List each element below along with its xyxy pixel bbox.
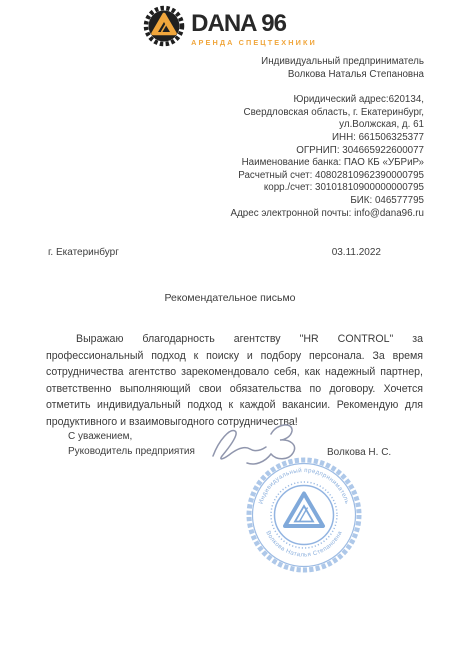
letter-body: Выражаю благодарность агентству "HR CONT… <box>46 331 423 431</box>
city-date-row: г. Екатеринбург 03.11.2022 <box>48 247 381 258</box>
header-detail-line: ОГРНИП: 304665922600077 <box>231 145 424 158</box>
signature-block: С уважением, Руководитель предприятия <box>68 430 195 459</box>
header-detail-line: Адрес электронной почты: info@dana96.ru <box>231 208 424 221</box>
header-detail-line: БИК: 046577795 <box>231 195 424 208</box>
letter-title: Рекомендательное письмо <box>0 292 460 304</box>
city-label: г. Екатеринбург <box>48 247 119 258</box>
gear-triangle-logo-icon <box>143 5 185 52</box>
header-detail-line: Юридический адрес:620134, <box>231 94 424 107</box>
requisites-block: Индивидуальный предприниматель Волкова Н… <box>231 56 424 220</box>
header-org-line: Волкова Наталья Степановна <box>231 69 424 82</box>
signature-closing: С уважением, <box>68 430 195 445</box>
logo-tagline: АРЕНДА СПЕЦТЕХНИКИ <box>191 38 317 47</box>
header-org-line: Индивидуальный предприниматель <box>231 56 424 69</box>
logo-company-name: DANA 96 <box>191 11 286 37</box>
company-logo: DANA 96 АРЕНДА СПЕЦТЕХНИКИ <box>0 5 460 52</box>
company-round-stamp: Индивидуальный предприниматель Волкова Н… <box>244 455 364 575</box>
header-detail-line: ул.Волжская, д. 61 <box>231 119 424 132</box>
letter-date: 03.11.2022 <box>332 247 381 258</box>
header-detail-line: Расчетный счет: 40802810962390000795 <box>231 170 424 183</box>
letter-page: DANA 96 АРЕНДА СПЕЦТЕХНИКИ Индивидуальны… <box>0 0 460 652</box>
signatory-role: Руководитель предприятия <box>68 445 195 460</box>
header-detail-line: Свердловская область, г. Екатеринбург, <box>231 107 424 120</box>
header-detail-line: Наименование банка: ПАО КБ «УБРиР» <box>231 157 424 170</box>
header-detail-line: корр./счет: 30101810900000000795 <box>231 182 424 195</box>
header-detail-line: ИНН: 661506325377 <box>231 132 424 145</box>
